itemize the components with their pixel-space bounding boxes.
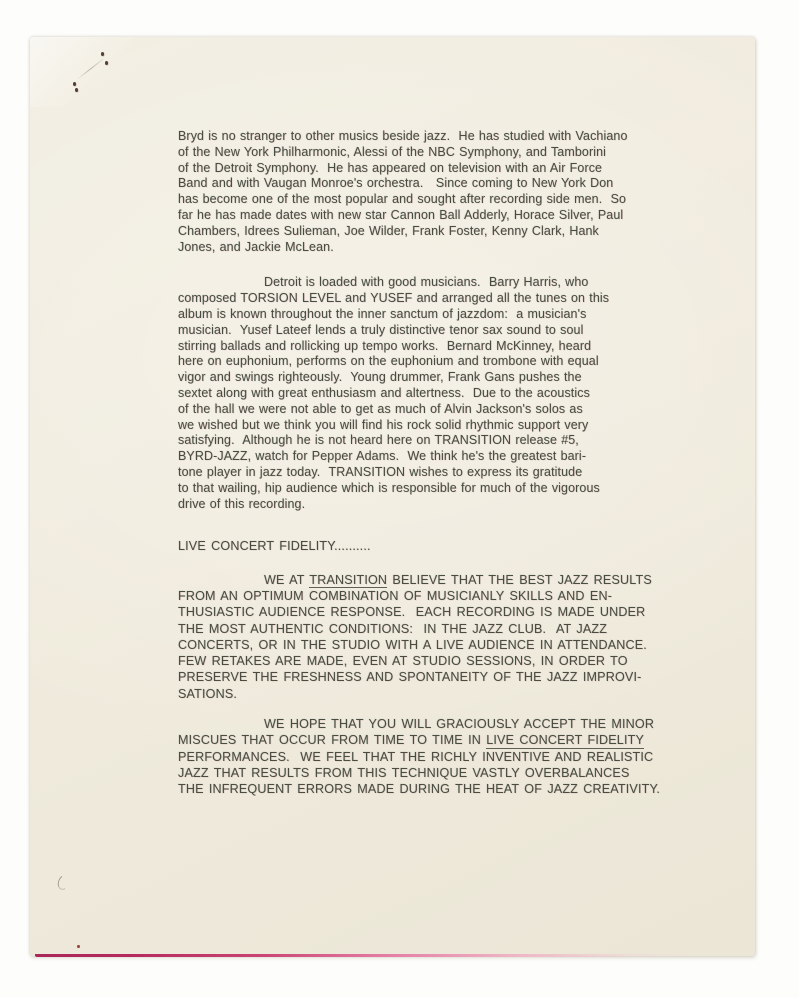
staple-hole (73, 82, 76, 86)
text-segment: MISCUES THAT OCCUR FROM TIME TO TIME IN (178, 733, 486, 747)
typed-line: WE AT TRANSITION BELIEVE THAT THE BEST J… (178, 572, 706, 588)
typed-line: PRESERVE THE FRESHNESS AND SPONTANEITY O… (178, 669, 706, 685)
miscues-paragraph: WE HOPE THAT YOU WILL GRACIOUSLY ACCEPT … (178, 716, 706, 797)
typed-line: SATIONS. (178, 686, 706, 702)
typed-line: composed TORSION LEVEL and YUSEF and arr… (178, 291, 706, 307)
typed-line: satisfying. Although he is not heard her… (178, 433, 706, 449)
staple-hole (101, 52, 104, 56)
typed-line: to that wailing, hip audience which is r… (178, 481, 706, 497)
typed-line: CONCERTS, OR IN THE STUDIO WITH A LIVE A… (178, 637, 706, 653)
typed-line: stirring ballads and rollicking up tempo… (178, 339, 706, 355)
text-column: Bryd is no stranger to other musics besi… (178, 129, 706, 797)
typed-line: has become one of the most popular and s… (178, 192, 706, 208)
typed-line: musician. Yusef Lateef lends a truly dis… (178, 323, 706, 339)
scanner-pink-edge (35, 954, 695, 957)
detroit-musicians-paragraph: Detroit is loaded with good musicians. B… (178, 275, 706, 512)
typed-line: FEW RETAKES ARE MADE, EVEN AT STUDIO SES… (178, 653, 706, 669)
typed-line: BYRD-JAZZ, watch for Pepper Adams. We th… (178, 449, 706, 465)
typed-line: sextet along with great enthusiasm and a… (178, 386, 706, 402)
transition-philosophy-paragraph: WE AT TRANSITION BELIEVE THAT THE BEST J… (178, 572, 706, 702)
typed-line: Jones, and Jackie McLean. (178, 240, 706, 256)
typed-line: vigor and swings righteously. Young drum… (178, 370, 706, 386)
paper-sheet: Bryd is no stranger to other musics besi… (30, 37, 755, 956)
underlined-phrase: LIVE CONCERT FIDELITY (486, 733, 644, 749)
typed-line: we wished but we think you will find his… (178, 418, 706, 434)
typed-line: Chambers, Idrees Sulieman, Joe Wilder, F… (178, 224, 706, 240)
typed-line: album is known throughout the inner sanc… (178, 307, 706, 323)
typed-line: here on euphonium, performs on the eupho… (178, 354, 706, 370)
typed-line: Bryd is no stranger to other musics besi… (178, 129, 706, 145)
text-segment: WE AT (264, 573, 309, 587)
typed-line: JAZZ THAT RESULTS FROM THIS TECHNIQUE VA… (178, 765, 706, 781)
typed-line: drive of this recording. (178, 497, 706, 513)
byrd-background-paragraph: Bryd is no stranger to other musics besi… (178, 129, 706, 255)
pen-scratch-mark (56, 874, 71, 892)
typed-line: of the Detroit Symphony. He has appeared… (178, 161, 706, 177)
red-speck (77, 945, 80, 948)
typed-line: of the New York Philharmonic, Alessi of … (178, 145, 706, 161)
text-segment: BELIEVE THAT THE BEST JAZZ RESULTS (387, 573, 652, 587)
scanned-page-background: { "page": { "colors": { "background": "#… (0, 0, 799, 998)
staple-scratch-line (77, 58, 105, 80)
typed-line: MISCUES THAT OCCUR FROM TIME TO TIME IN … (178, 732, 706, 748)
typed-line: far he has made dates with new star Cann… (178, 208, 706, 224)
staple-hole (105, 61, 108, 65)
underlined-phrase: TRANSITION (309, 573, 387, 589)
typed-line: WE HOPE THAT YOU WILL GRACIOUSLY ACCEPT … (178, 716, 706, 732)
typed-line: THUSIASTIC AUDIENCE RESPONSE. EACH RECOR… (178, 604, 706, 620)
typed-line: THE INFREQUENT ERRORS MADE DURING THE HE… (178, 781, 706, 797)
typed-line: Band and with Vaugan Monroe's orchestra.… (178, 176, 706, 192)
typed-line: Detroit is loaded with good musicians. B… (178, 275, 706, 291)
typed-line: LIVE CONCERT FIDELITY.......... (178, 538, 706, 554)
staple-hole (75, 88, 78, 92)
typed-line: tone player in jazz today. TRANSITION wi… (178, 465, 706, 481)
typed-line: THE MOST AUTHENTIC CONDITIONS: IN THE JA… (178, 621, 706, 637)
live-concert-fidelity-heading: LIVE CONCERT FIDELITY.......... (178, 538, 706, 554)
typed-line: of the hall we were not able to get as m… (178, 402, 706, 418)
typed-line: PERFORMANCES. WE FEEL THAT THE RICHLY IN… (178, 749, 706, 765)
typed-line: FROM AN OPTIMUM COMBINATION OF MUSICIANL… (178, 588, 706, 604)
